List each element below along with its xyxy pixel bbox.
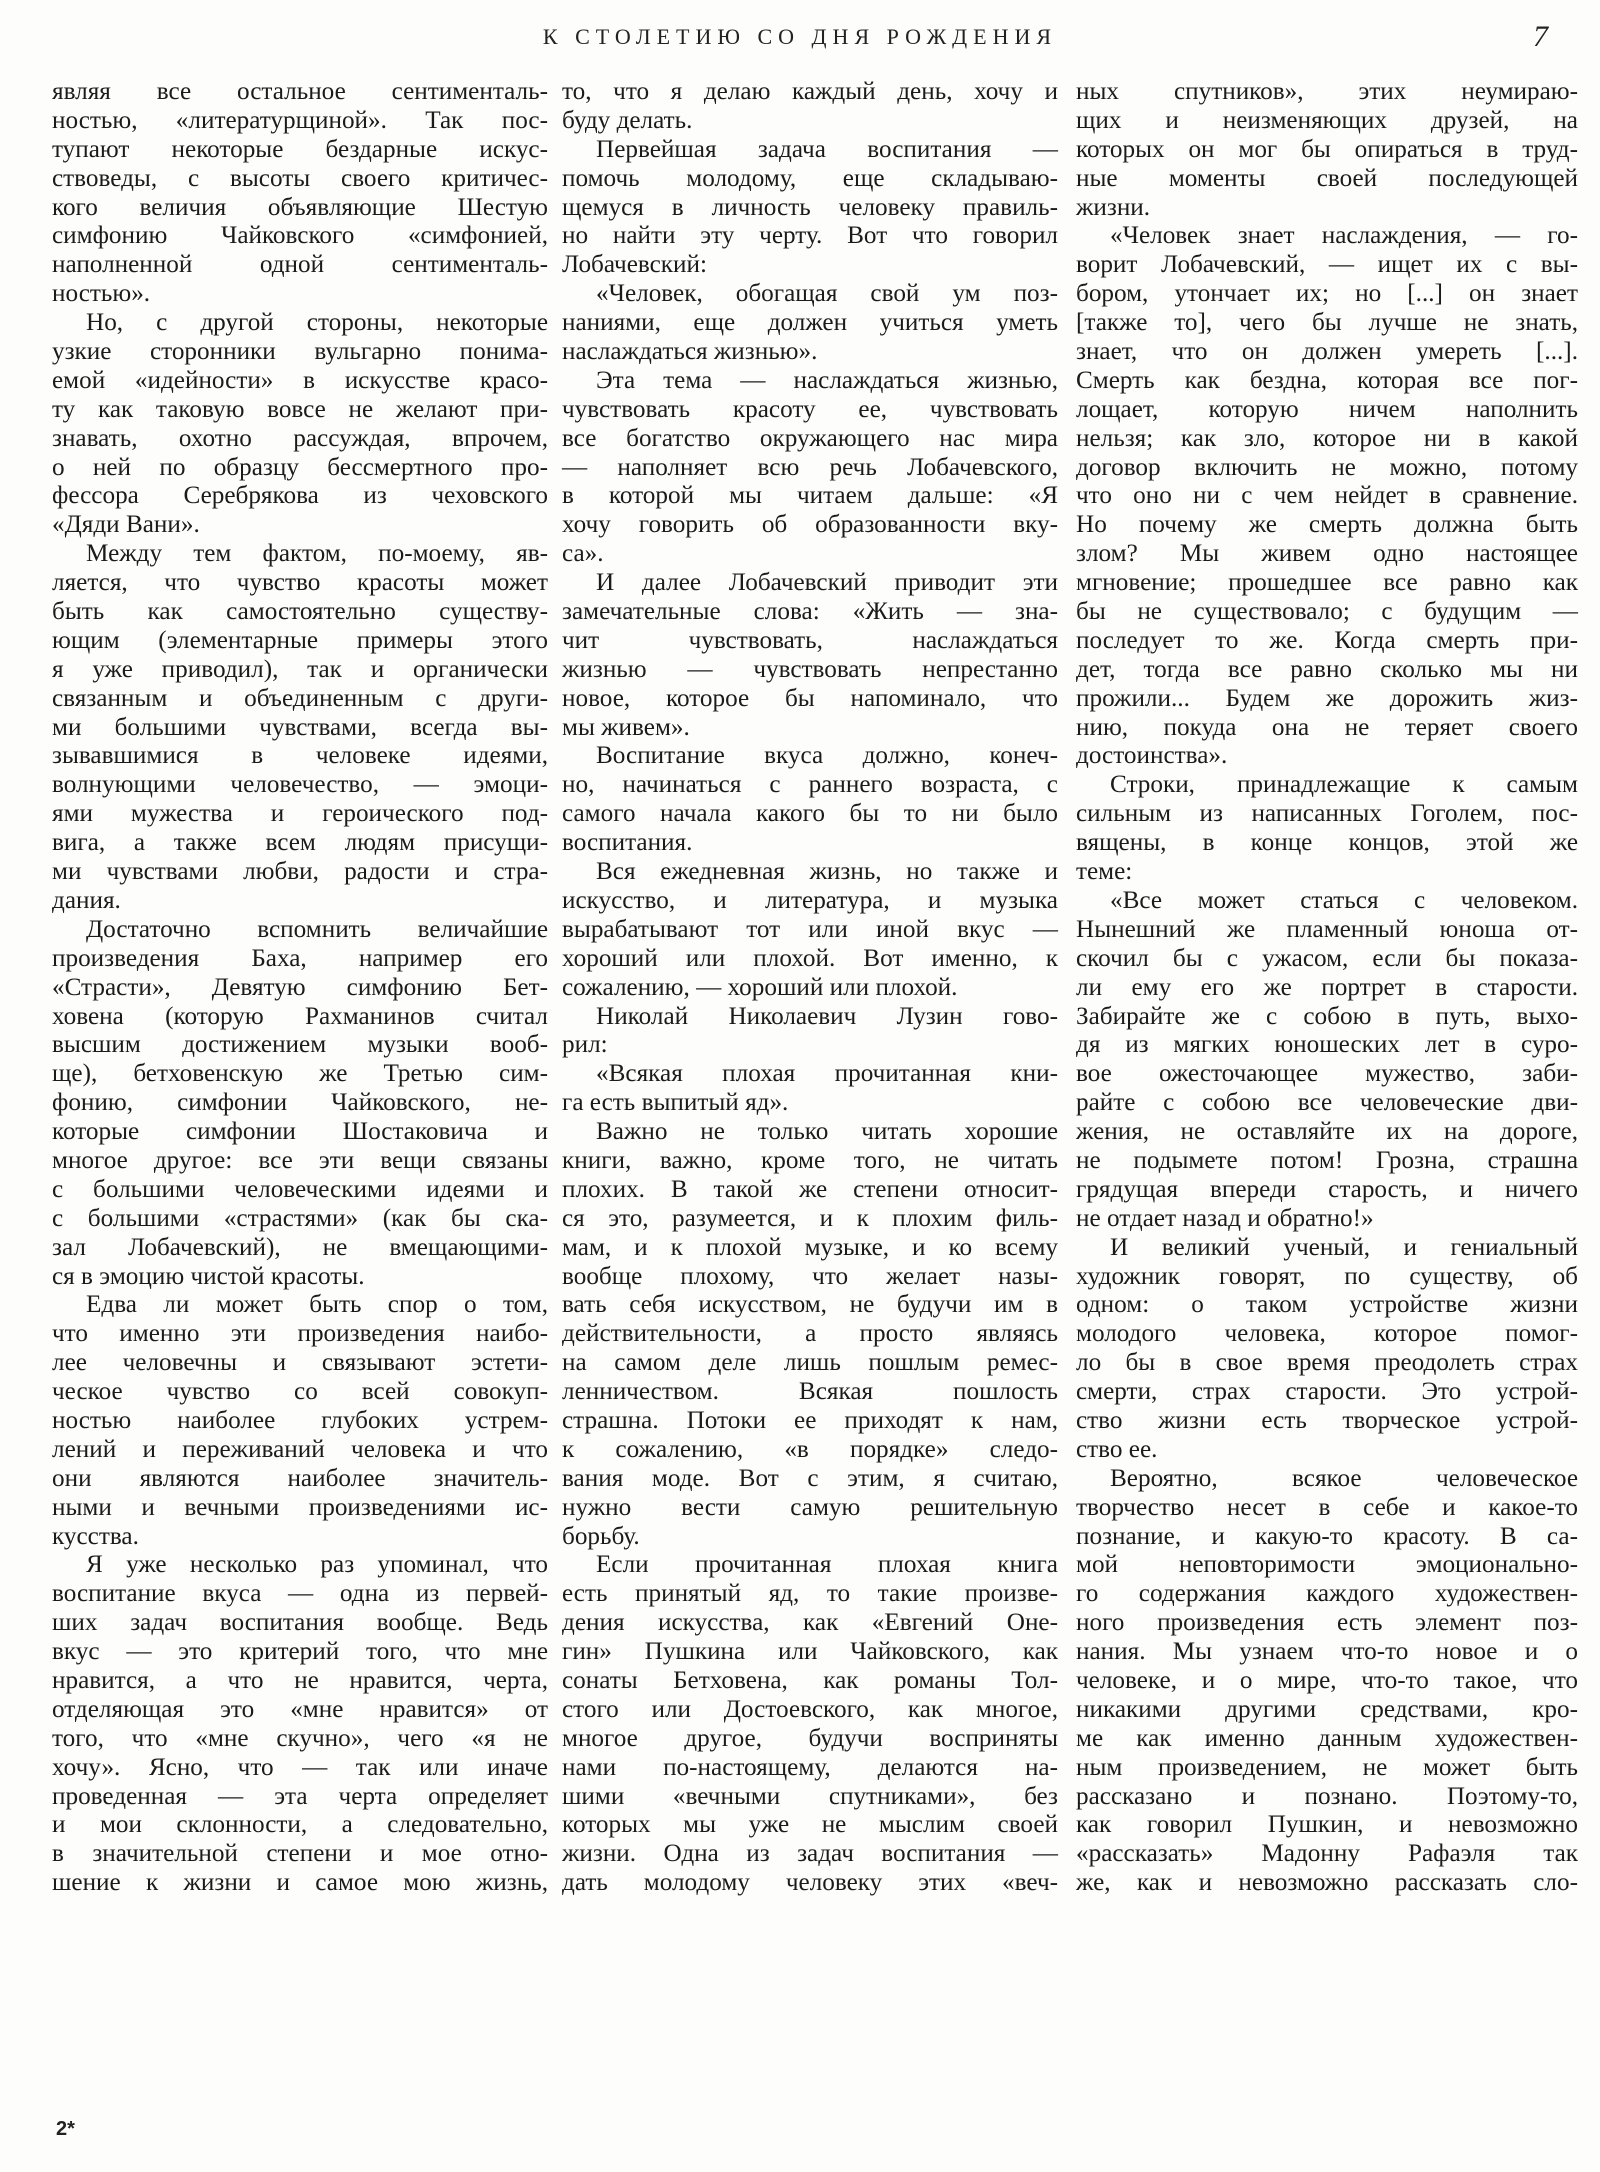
page-number: 7 [1533, 20, 1548, 54]
text-line: помочь молодому, еще складываю- [562, 165, 1058, 194]
text-line: «Человек, обогащая свой ум поз- [562, 280, 1058, 309]
text-line: прожили... Будем же дорожить жиз- [1076, 685, 1578, 714]
text-line: не подымете потом! Грозна, страшна [1076, 1147, 1578, 1176]
text-line: «рассказать» Мадонну Рафаэля так [1076, 1840, 1578, 1869]
document-page: К СТОЛЕТИЮ СО ДНЯ РОЖДЕНИЯ 7 являя все о… [0, 0, 1600, 2172]
text-column-2: то, что я делаю каждый день, хочу ибуду … [562, 78, 1058, 1898]
text-line: в которой мы читаем дальше: «Я [562, 482, 1058, 511]
text-line: хочу». Ясно, что — так или иначе [52, 1754, 548, 1783]
text-line: многое другое: все эти вещи связаны [52, 1147, 548, 1176]
text-line: кого величия объявляющие Шестую [52, 194, 548, 223]
text-line: ховена (которую Рахманинов считал [52, 1003, 548, 1032]
text-line: ными и вечными произведениями ис- [52, 1494, 548, 1523]
text-line: дания. [52, 887, 548, 916]
text-line: хороший или плохой. Вот именно, к [562, 945, 1058, 974]
text-line: ного произведения есть элемент поз- [1076, 1609, 1578, 1638]
text-line: ту как таковую вовсе не желают при- [52, 396, 548, 425]
text-line: высшим достижением музыки вооб- [52, 1031, 548, 1060]
text-line: шение к жизни и самое мою жизнь, [52, 1869, 548, 1898]
text-line: ностью, «литературщиной». Так пос- [52, 107, 548, 136]
text-line: проведенная — эта черта определяет [52, 1783, 548, 1812]
text-line: в значительной степени и мое отно- [52, 1840, 548, 1869]
text-line: лощает, которую ничем наполнить [1076, 396, 1578, 425]
text-line: мой неповторимости эмоционально- [1076, 1551, 1578, 1580]
text-line: сонаты Бетховена, как романы Тол- [562, 1667, 1058, 1696]
text-line: «Человек знает наслаждения, — го- [1076, 222, 1578, 251]
text-line: ями мужества и героического под- [52, 800, 548, 829]
text-line: Но почему же смерть должна быть [1076, 511, 1578, 540]
text-line: Николай Николаевич Лузин гово- [562, 1003, 1058, 1032]
text-line: злом? Мы живем одно настоящее [1076, 540, 1578, 569]
text-line: Достаточно вспомнить величайшие [52, 916, 548, 945]
text-line: ся это, разумеется, и к плохим филь- [562, 1205, 1058, 1234]
text-line: искусство, и литература, и музыка [562, 887, 1058, 916]
text-line: достоинства». [1076, 742, 1578, 771]
text-line: Вся ежедневная жизнь, но также и [562, 858, 1058, 887]
text-line: сожалению, — хороший или плохой. [562, 974, 1058, 1003]
text-line: зал Лобачевский), не вмещающими- [52, 1234, 548, 1263]
text-line: связанным и объединенным с други- [52, 685, 548, 714]
text-line: ли ему его же портрет в старости. [1076, 974, 1578, 1003]
text-line: ностью». [52, 280, 548, 309]
text-line: последует то же. Когда смерть при- [1076, 627, 1578, 656]
text-line: ших задач воспитания вообще. Ведь [52, 1609, 548, 1638]
text-line: «Всякая плохая прочитанная кни- [562, 1060, 1058, 1089]
text-line: нию, покуда она не теряет своего [1076, 714, 1578, 743]
text-line: жизнью — чувствовать непрестанно [562, 656, 1058, 685]
text-line: самого начала какого бы то ни было [562, 800, 1058, 829]
text-line: Забирайте же с собою в путь, выхо- [1076, 1003, 1578, 1032]
text-line: Строки, принадлежащие к самым [1076, 771, 1578, 800]
text-line: нания. Мы узнаем что-то новое и о [1076, 1638, 1578, 1667]
text-line: нравится, а что не нравится, черта, [52, 1667, 548, 1696]
text-line: ся в эмоцию чистой красоты. [52, 1263, 548, 1292]
text-line: вига, а также всем людям присущи- [52, 829, 548, 858]
text-line: дет, тогда все равно сколько мы ни [1076, 656, 1578, 685]
text-line: что оно ни с чем нейдет в сравнение. [1076, 482, 1578, 511]
text-line: Между тем фактом, по-моему, яв- [52, 540, 548, 569]
text-line: вкус — это критерий того, что мне [52, 1638, 548, 1667]
text-line: «Все может статься с человеком. [1076, 887, 1578, 916]
text-line: знает, что он должен умереть [...]. [1076, 338, 1578, 367]
text-line: жизни. Одна из задач воспитания — [562, 1840, 1058, 1869]
text-line: симфонию Чайковского «симфонией, [52, 222, 548, 251]
text-line: Важно не только читать хорошие [562, 1118, 1058, 1147]
text-line: плохих. В такой же степени относит- [562, 1176, 1058, 1205]
text-line: с большими «страстями» (как бы ска- [52, 1205, 548, 1234]
text-line: знавать, охотно рассуждая, впрочем, [52, 425, 548, 454]
text-line: того, что «мне скучно», чего «я не [52, 1725, 548, 1754]
text-line: ство жизни есть творческое устрой- [1076, 1407, 1578, 1436]
text-line: ство ее. [1076, 1436, 1578, 1465]
text-line: емой «идейности» в искусстве красо- [52, 367, 548, 396]
text-line: отделяющая это «мне нравится» от [52, 1696, 548, 1725]
text-line: мам, и к плохой музыке, и ко всему [562, 1234, 1058, 1263]
text-line: к сожалению, «в порядке» следо- [562, 1436, 1058, 1465]
text-line: являя все остальное сентименталь- [52, 78, 548, 107]
text-line: ствоведы, с высоты своего критичес- [52, 165, 548, 194]
text-line: лее человечны и связывают эстети- [52, 1349, 548, 1378]
text-line: рил: [562, 1031, 1058, 1060]
text-line: тупают некоторые бездарные искус- [52, 136, 548, 165]
text-line: вырабатывают тот или иной вкус — [562, 916, 1058, 945]
text-line: [также то], чего бы лучше не знать, [1076, 309, 1578, 338]
text-line: дя из мягких юношеских лет в суро- [1076, 1031, 1578, 1060]
text-line: «Дяди Вани». [52, 511, 548, 540]
text-line: ло бы в свое время преодолеть страх [1076, 1349, 1578, 1378]
text-line: замечательные слова: «Жить — зна- [562, 598, 1058, 627]
text-line: не отдает назад и обратно!» [1076, 1205, 1578, 1234]
text-line: са». [562, 540, 1058, 569]
text-line: чувствовать красоту ее, чувствовать [562, 396, 1058, 425]
text-line: вать себя искусством, не будучи им в [562, 1291, 1058, 1320]
text-line: фонию, симфонии Чайковского, не- [52, 1089, 548, 1118]
text-line: чит чувствовать, наслаждаться [562, 627, 1058, 656]
text-line: Но, с другой стороны, некоторые [52, 309, 548, 338]
text-line: гин» Пушкина или Чайковского, как [562, 1638, 1058, 1667]
text-line: ные моменты своей последующей [1076, 165, 1578, 194]
text-line: дения искусства, как «Евгений Оне- [562, 1609, 1058, 1638]
text-line: Первейшая задача воспитания — [562, 136, 1058, 165]
text-line: ленничеством. Всякая пошлость [562, 1378, 1058, 1407]
text-line: о ней по образцу бессмертного про- [52, 454, 548, 483]
text-line: райте с собою все человеческие дви- [1076, 1089, 1578, 1118]
text-line: книги, важно, кроме того, не читать [562, 1147, 1058, 1176]
text-line: которые симфонии Шостаковича и [52, 1118, 548, 1147]
text-line: Лобачевский: [562, 251, 1058, 280]
text-line: которых мы уже не мыслим своей [562, 1811, 1058, 1840]
text-line: же, как и невозможно рассказать сло- [1076, 1869, 1578, 1898]
text-line: га есть выпитый яд». [562, 1089, 1058, 1118]
text-line: Если прочитанная плохая книга [562, 1551, 1058, 1580]
text-column-1: являя все остальное сентименталь-ностью,… [52, 78, 548, 1898]
text-line: ческое чувство со всей совокуп- [52, 1378, 548, 1407]
text-line: наполненной одной сентименталь- [52, 251, 548, 280]
text-line: воспитание вкуса — одна из первей- [52, 1580, 548, 1609]
text-line: — наполняет всю речь Лобачевского, [562, 454, 1058, 483]
text-line: мгновение; прошедшее все равно как [1076, 569, 1578, 598]
text-line: и мои склонности, а следовательно, [52, 1811, 548, 1840]
text-line: они являются наиболее значитель- [52, 1465, 548, 1494]
text-line: одном: о таком устройстве жизни [1076, 1291, 1578, 1320]
text-line: которых он мог бы опираться в труд- [1076, 136, 1578, 165]
text-line: что именно эти произведения наибо- [52, 1320, 548, 1349]
text-line: Воспитание вкуса должно, конеч- [562, 742, 1058, 771]
text-line: буду делать. [562, 107, 1058, 136]
text-line: ностью наиболее глубоких устрем- [52, 1407, 548, 1436]
text-line: И великий ученый, и гениальный [1076, 1234, 1578, 1263]
text-line: бы не существовало; с будущим — [1076, 598, 1578, 627]
text-line: ным произведением, не может быть [1076, 1754, 1578, 1783]
text-line: нами по-настоящему, делаются на- [562, 1754, 1058, 1783]
text-line: теме: [1076, 858, 1578, 887]
text-line: наниями, еще должен учиться уметь [562, 309, 1058, 338]
text-line: смерти, страх старости. Это устрой- [1076, 1378, 1578, 1407]
text-line: фессора Серебрякова из чеховского [52, 482, 548, 511]
text-line: человеке, и о мире, что-то такое, что [1076, 1667, 1578, 1696]
text-line: Смерть как бездна, которая все пог- [1076, 367, 1578, 396]
text-line: есть принятый яд, то такие произве- [562, 1580, 1058, 1609]
text-line: ющим (элементарные примеры этого [52, 627, 548, 656]
text-line: Вероятно, всякое человеческое [1076, 1465, 1578, 1494]
text-line: щемуся в личность человеку правиль- [562, 194, 1058, 223]
text-line: борьбу. [562, 1523, 1058, 1552]
text-line: действительности, а просто являясь [562, 1320, 1058, 1349]
text-line: кусства. [52, 1523, 548, 1552]
text-line: ляется, что чувство красоты может [52, 569, 548, 598]
text-line: хочу говорить об образованности вку- [562, 511, 1058, 540]
text-column-3: ных спутников», этих неумираю-щих и неиз… [1076, 78, 1578, 1898]
text-line: но найти эту черту. Вот что говорил [562, 222, 1058, 251]
text-line: то, что я делаю каждый день, хочу и [562, 78, 1058, 107]
text-line: никакими другими средствами, кро- [1076, 1696, 1578, 1725]
text-line: ме как именно данным художествен- [1076, 1725, 1578, 1754]
text-line: щих и неизменяющих друзей, на [1076, 107, 1578, 136]
text-line: творчество несет в себе и какое-то [1076, 1494, 1578, 1523]
text-line: зывавшимися в человеке идеями, [52, 742, 548, 771]
text-line: нужно вести самую решительную [562, 1494, 1058, 1523]
text-line: жизни. [1076, 194, 1578, 223]
text-line: вания моде. Вот с этим, я считаю, [562, 1465, 1058, 1494]
text-line: нельзя; как зло, которое ни в какой [1076, 425, 1578, 454]
text-line: договор включить не можно, потому [1076, 454, 1578, 483]
text-line: го содержания каждого художествен- [1076, 1580, 1578, 1609]
text-line: познание, и какую-то красоту. В са- [1076, 1523, 1578, 1552]
text-line: ще), бетховенскую же Третью сим- [52, 1060, 548, 1089]
text-line: новое, которое бы напоминало, что [562, 685, 1058, 714]
text-line: бором, утончает их; но [...] он знает [1076, 280, 1578, 309]
text-line: ных спутников», этих неумираю- [1076, 78, 1578, 107]
text-line: страшна. Потоки ее приходят к нам, [562, 1407, 1058, 1436]
text-line: ворит Лобачевский, — ищет их с вы- [1076, 251, 1578, 280]
signature-mark: 2* [56, 2118, 75, 2141]
text-line: с большими человеческими идеями и [52, 1176, 548, 1205]
text-line: «Страсти», Девятую симфонию Бет- [52, 974, 548, 1003]
text-line: Нынешний же пламенный юноша от- [1076, 916, 1578, 945]
text-line: все богатство окружающего нас мира [562, 425, 1058, 454]
text-line: лений и переживаний человека и что [52, 1436, 548, 1465]
text-line: как говорил Пушкин, и невозможно [1076, 1811, 1578, 1840]
text-line: многое другое, будучи восприняты [562, 1725, 1058, 1754]
text-line: волнующими человечество, — эмоци- [52, 771, 548, 800]
text-line: вящены, в конце концов, этой же [1076, 829, 1578, 858]
text-line: скочил бы с ужасом, если бы показа- [1076, 945, 1578, 974]
text-line: я уже приводил), так и органически [52, 656, 548, 685]
text-line: сильным из написанных Гоголем, пос- [1076, 800, 1578, 829]
text-line: мы живем». [562, 714, 1058, 743]
text-line: шими «вечными спутниками», без [562, 1783, 1058, 1812]
text-line: Едва ли может быть спор о том, [52, 1291, 548, 1320]
text-line: вообще плохому, что желает назы- [562, 1263, 1058, 1292]
running-head: К СТОЛЕТИЮ СО ДНЯ РОЖДЕНИЯ [0, 24, 1600, 50]
text-line: быть как самостоятельно существу- [52, 598, 548, 627]
text-line: ми чувствами любви, радости и стра- [52, 858, 548, 887]
text-line: стого или Достоевского, как многое, [562, 1696, 1058, 1725]
text-line: Я уже несколько раз упоминал, что [52, 1551, 548, 1580]
text-line: жения, не оставляйте их на дороге, [1076, 1118, 1578, 1147]
text-line: ми большими чувствами, всегда вы- [52, 714, 548, 743]
text-line: И далее Лобачевский приводит эти [562, 569, 1058, 598]
text-line: наслаждаться жизнью». [562, 338, 1058, 367]
text-line: на самом деле лишь пошлым ремес- [562, 1349, 1058, 1378]
text-line: воспитания. [562, 829, 1058, 858]
text-line: узкие сторонники вульгарно понима- [52, 338, 548, 367]
text-line: художник говорят, по существу, об [1076, 1263, 1578, 1292]
text-line: грядущая впереди старость, и ничего [1076, 1176, 1578, 1205]
text-line: вое ожесточающее мужество, заби- [1076, 1060, 1578, 1089]
text-line: дать молодому человеку этих «веч- [562, 1869, 1058, 1898]
text-line: Эта тема — наслаждаться жизнью, [562, 367, 1058, 396]
text-line: молодого человека, которое помог- [1076, 1320, 1578, 1349]
text-line: но, начинаться с раннего возраста, с [562, 771, 1058, 800]
text-line: рассказано и познано. Поэтому-то, [1076, 1783, 1578, 1812]
text-line: произведения Баха, например его [52, 945, 548, 974]
